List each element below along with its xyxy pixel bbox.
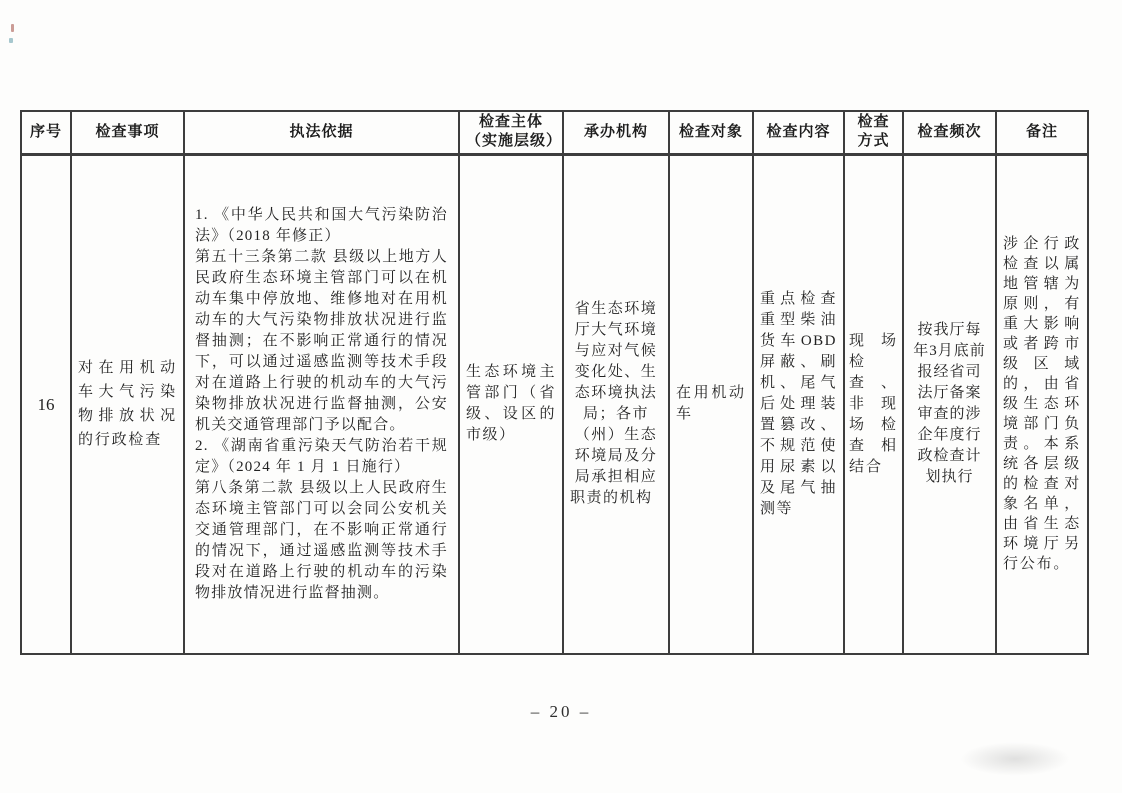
cell-target: 在用机动车 [669,154,753,654]
column-header-agency: 承办机构 [563,111,669,154]
table-row: 16 对在用机动车大气污染物排放状况的行政检查 1. 《中华人民共和国大气污染防… [21,154,1088,654]
column-header-content: 检查内容 [753,111,844,154]
column-header-frequency: 检查频次 [903,111,996,154]
column-header-remarks: 备注 [996,111,1088,154]
column-header-legal-basis: 执法依据 [184,111,459,154]
inspection-items-table: 序号 检查事项 执法依据 检查主体（实施层级） 承办机构 检查对象 检查内容 检… [20,110,1089,655]
column-header-target: 检查对象 [669,111,753,154]
column-header-method: 检查方式 [844,111,903,154]
scanned-document-page: { "page": { "number": "– 20 –" }, "table… [0,0,1122,793]
page-number: – 20 – [0,702,1122,722]
cell-seq: 16 [21,154,71,654]
cell-remarks: 涉企行政检查以属地管辖为原则，有重大影响或者跨市级区域的，由省级生态环境部门负责… [996,154,1088,654]
cell-content: 重点检查重型柴油货车OBD屏蔽、刷机、尾气后处理装置篡改、不规范使用尿素以及尾气… [753,154,844,654]
scan-artifact-speck [9,38,13,43]
cell-frequency: 按我厅每年3月底前报经省司法厅备案审查的涉企年度行政检查计划执行 [903,154,996,654]
cell-legal-basis: 1. 《中华人民共和国大气污染防治法》（2018 年修正） 第五十三条第二款 县… [184,154,459,654]
scan-artifact-smudge [960,742,1070,776]
cell-subject: 生态环境主管部门（省级、设区的市级） [459,154,563,654]
cell-agency: 省生态环境厅大气环境与应对气候变化处、生态环境执法局；各市（州）生态环境局及分局… [563,154,669,654]
table-header-row: 序号 检查事项 执法依据 检查主体（实施层级） 承办机构 检查对象 检查内容 检… [21,111,1088,154]
scan-artifact-speck [11,24,14,32]
column-header-item: 检查事项 [71,111,184,154]
cell-item: 对在用机动车大气污染物排放状况的行政检查 [71,154,184,654]
column-header-seq: 序号 [21,111,71,154]
cell-method: 现场检查、非现场检查相结合 [844,154,903,654]
column-header-subject: 检查主体（实施层级） [459,111,563,154]
